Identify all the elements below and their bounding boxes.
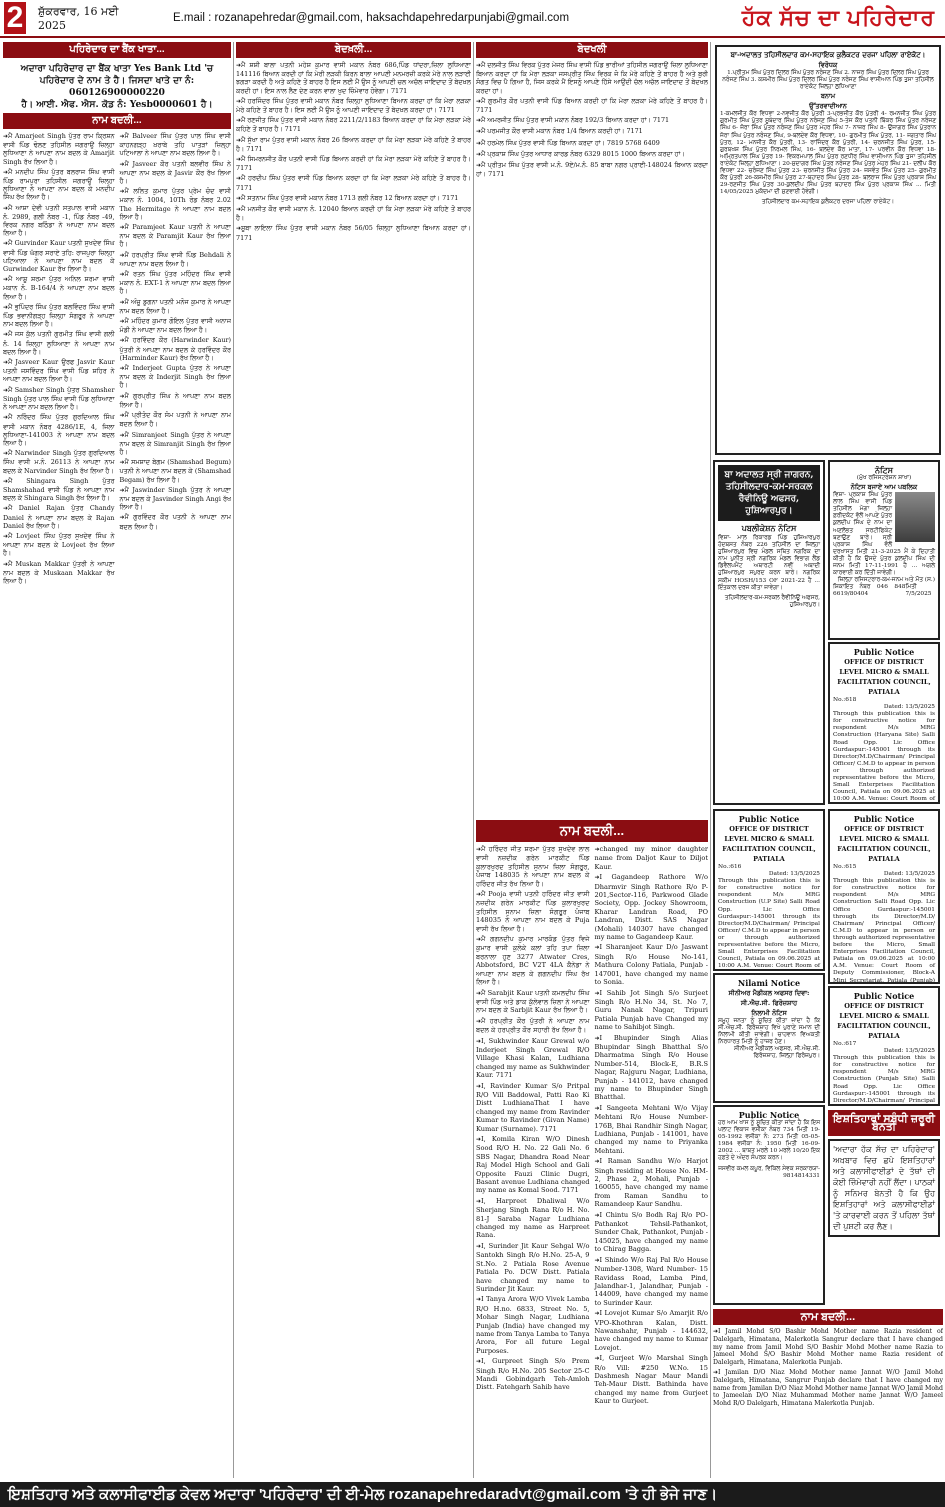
list-item: ਮੈਂ ਪ੍ਰੀਤਮ ਸਿੰਘ ਪੁੱਤਰ ਵਾਸੀ ਮ.ਨੰ. 9ਏ/ਮ.ਨੰ… — [476, 161, 708, 178]
photo-notice: ਨੋਟਿਸ (ਮੁੱਖ ਰਜਿਸਟਰੇਸ਼ਨ ਸ਼ਾਖਾ) ਨੋਟਿਸ ਬਜਾਏ… — [828, 460, 940, 640]
list-item: I Sharanjeet Kaur D/o Jaswant Singh R/o … — [595, 943, 709, 986]
list-item: I Tanya Arora W/O Vivek Lamba R/O H.no. … — [476, 1295, 590, 1355]
public-notice-pb-phone: 9814814331 — [718, 1173, 820, 1180]
list-item: ਮੈਂ Samsher Singh ਪੁੱਤਰ Shamsher Singh ਪ… — [3, 386, 115, 412]
photo-notice-date: ਮਿਤੀ 7/5/2025 — [905, 584, 935, 598]
eviction-column: ਬੇਦਖ਼ਲੀ... ਮੈਂ ਸ਼ਸ਼ੀ ਬਾਲਾ ਪਤਨੀ ਮਹੇਸ਼ ਕੁਮ… — [236, 42, 471, 1478]
list-item: ਮੈਂ ਸਮਸ਼ਾਦ ਬੇਗਮ (Shamshad Begum) ਪਤਨੀ ਨੇ… — [120, 458, 232, 484]
list-item: ਮੈਂ ਆਸ਼ਾ ਦੇਵੀ ਪਤਨੀ ਸਤਪਾਲ ਵਾਸੀ ਮਕਾਨ ਨੰ. 2… — [3, 204, 115, 238]
list-item: ਮੈਂ Inderjeet Gupta ਪੁੱਤਰ ਨੇ ਆਪਣਾ ਨਾਮ ਬਦ… — [120, 364, 232, 390]
public-notice-punjabi: Public Notice ਹਰ ਆਮ ਖਾਸ ਨੂੰ ਸੂਚਿਤ ਕੀਤਾ ਜ… — [713, 1105, 825, 1305]
list-item: ਮੈਂ ਰਤਨ ਸਿੰਘ ਪੁੱਤਰ ਮਹਿੰਦਰ ਸਿੰਘ ਵਾਸੀ ਮਕਾਨ… — [120, 270, 232, 296]
list-item: ਮੈਂ Jasveer Kaur ਉਰਫ Jasvir Kaur ਪਤਨੀ ਜਸ… — [3, 358, 115, 384]
list-item: ਮੈਂ ਅੰਜੂ ਡੁਗਨਾ ਪਤਨੀ ਮਨੋਜ ਕੁਮਾਰ ਨੇ ਆਪਣਾ ਨ… — [120, 298, 232, 315]
list-item: ਮੈਂ Amarjeet Singh ਪੁੱਤਰ ਰਾਮ ਕ੍ਰਿਸ਼ਨ ਵਾਸ… — [3, 132, 115, 166]
nilami-sub1: ਸੀਨੀਅਰ ਮੈਡੀਕਲ ਅਫਸਰ ਦਿਵਾ: — [718, 988, 820, 998]
list-item: I Jamilan D/O Niaz Mohd Mother name Jann… — [713, 1369, 943, 1408]
column-divider — [233, 42, 234, 1478]
court-notice-sub: ਵਿਰੋਧਕ — [720, 60, 936, 70]
photo-notice-ref: ਸ਼ਿਕਾਇਤ ਨੰਬਰ 046 848 6619/80404 — [833, 584, 905, 598]
list-item: ਮੈਂ Daniel Rajan ਪੁੱਤਰ Chandy Daniel ਨੇ … — [3, 504, 115, 530]
public-notice-date: Dated: 13/5/2025 — [833, 1048, 935, 1055]
list-item: ਮੈਂ ਦਲਜੀਤ ਸਿੰਘ ਵਿਰਕ ਪੁੱਤਰ ਮੇਜਰ ਸਿੰਘ ਵਾਸੀ… — [476, 61, 708, 95]
public-notice-date: Dated: 13/5/2025 — [833, 704, 935, 711]
list-item: ਮੈਂ ਗੁਰਪ੍ਰੀਤ ਸਿੰਘ ਨੇ ਆਪਣਾ ਨਾਮ ਬਦਲ ਲਿਆ ਹੈ… — [120, 392, 232, 409]
notice-row-2: Public NoticeOFFICE OF DISTRICT LEVEL MI… — [713, 807, 943, 1307]
list-item: I Shindo W/o Raj Pal R/o House Number-13… — [595, 1256, 709, 1307]
list-item: ਮੈਂ Jasveer ਕੌਰ ਪਤਨੀ ਬਲਵੀਰ ਸਿੰਘ ਨੇ ਆਪਣਾ … — [120, 160, 232, 186]
contact-email: E.mail : rozanapehredar@gmail.com, haksa… — [173, 12, 742, 24]
court-notice-versus: ਬਨਾਮ — [720, 91, 936, 101]
list-item: I, Surinder Jit Kaur Sehgal W/o Santokh … — [476, 1242, 590, 1293]
list-item: ਮੈਂ ਸੁੱਖਾ ਰਾਮ ਪੁੱਤਰ ਵਾਸੀ ਮਕਾਨ ਨੰਬਰ 26 ਬਿ… — [236, 136, 471, 153]
left-notice-stack-2: Public NoticeOFFICE OF DISTRICT LEVEL MI… — [713, 807, 825, 1307]
eviction-list: ਮੈਂ ਸ਼ਸ਼ੀ ਬਾਲਾ ਪਤਨੀ ਮਹੇਸ਼ ਕੁਮਾਰ ਵਾਸੀ ਮਕਾ… — [236, 61, 471, 242]
list-item: ਮੈਂ ਅਮਰਜੀਤ ਸਿੰਘ ਪੁੱਤਰ ਵਾਸੀ ਮਕਾਨ ਨੰਬਰ 192… — [476, 116, 708, 125]
issue-date: ਸ਼ੁੱਕਰਵਾਰ, 16 ਮਈ 2025 — [38, 5, 148, 32]
list-item: ਮੈਂ Muskan Makkar ਪੁੱਤਰੀ ਨੇ ਆਪਣਾ ਨਾਮ ਬਦਲ… — [3, 560, 115, 586]
list-item: ਮੈਂ ਹਰਜਿੰਦਰ ਸਿੰਘ ਪੁੱਤਰ ਵਾਸੀ ਮਕਾਨ ਨੰਬਰ ਜ਼… — [236, 97, 471, 114]
list-item: ਮੈਂ Gurvinder Kaur ਪਤਨੀ ਸੁਖਦੇਵ ਸਿੰਘ ਵਾਸੀ… — [3, 239, 115, 273]
name-change-right-title: ਨਾਮ ਬਦਲੀ... — [713, 1309, 943, 1325]
list-item: ਮੈਂ Shingara Singh ਪੁੱਤਰ Shamshahad ਵਾਸੀ… — [3, 477, 115, 503]
list-item: ਮੈਂ ਹਰਪ੍ਰੀਤ ਕੌਰ ਪੁੱਤਰੀ ਨੇ ਆਪਣਾ ਨਾਮ ਬਦਲ ਕ… — [476, 1017, 590, 1035]
footer-banner: ਇਸ਼ਤਿਹਾਰ ਅਤੇ ਕਲਾਸੀਫਾਈਡ ਕੇਵਲ ਅਦਾਰਾ 'ਪਹਿਰੇ… — [0, 1482, 945, 1507]
list-item: ਮੈਂ ਆਸ਼ੂ ਸ਼ਰਮਾ ਪੁੱਤਰ ਅਨਿਲ ਸ਼ਰਮਾ ਵਾਸੀ ਮਕਾ… — [3, 275, 115, 301]
list-item: ਮੈਂ ਗਗਨਦੀਪ ਕੁਮਾਰ ਮਾਰਕੰਡ ਪੁੱਤਰ ਵਿਜੇ ਕੁਮਾਰ… — [476, 935, 590, 986]
bank-line-1: ਅਦਾਰਾ ਪਹਿਰੇਦਾਰ ਦਾ ਬੈਂਕ ਖਾਤਾ Yes Bank Ltd… — [7, 63, 227, 99]
bank-line-2: ਹੈ। ਆਈ. ਐਫ. ਐਸ. ਕੋਡ ਨੰ: Yesb0000601 ਹੈ। — [7, 99, 227, 111]
nilami-heading: Nilami Notice — [718, 978, 820, 988]
list-item: ਮੈਂ Sarabjit Kaur ਪਤਨੀ ਕਮਲਦੀਪ ਸਿੰਘ ਵਾਸੀ … — [476, 989, 590, 1015]
list-item: I Jamil Mohd S/O Bashir Mohd Mother name… — [713, 1328, 943, 1367]
nilami-notice: Nilami Notice ਸੀਨੀਅਰ ਮੈਡੀਕਲ ਅਫਸਰ ਦਿਵਾ: ਸ… — [713, 973, 825, 1103]
list-item: ਮੈਂ Jaswinder Singh ਪੁੱਤਰ ਨੇ ਆਪਣਾ ਨਾਮ ਬਦ… — [120, 486, 232, 512]
public-notice-office: OFFICE OF DISTRICT LEVEL MICRO & SMALL F… — [833, 1001, 935, 1041]
list-item: ਸੂਬਾ ਲਾਇਲਾ ਸਿੰਘ ਪੁੱਤਰ ਵਾਸੀ ਮਕਾਨ ਨੰਬਰ 56/… — [236, 224, 471, 241]
photo-notice-footer: ਸ਼ਿਕਾਇਤ ਨੰਬਰ 046 848 6619/80404 ਮਿਤੀ 7/5… — [833, 584, 935, 598]
right-notice-stack-2: Public NoticeOFFICE OF DISTRICT LEVEL MI… — [828, 807, 940, 1307]
disclaimer-title: ਇਸ਼ਤਿਹਾਰਾਂ ਸਬੰਧੀ ਜ਼ਰੂਰੀ ਬੇਨਤੀ — [828, 1110, 940, 1136]
hoshiarpur-notice-body: ਵਿਸ਼ਾ- ਮਾਲ ਰਿਕਾਰਡ ਪਿੰਡ ਹੁਸ਼ਿਆਰਪੁਰ ਹੱਦਬਸਤ… — [718, 535, 820, 592]
eviction-right-list: ਮੈਂ ਦਲਜੀਤ ਸਿੰਘ ਵਿਰਕ ਪੁੱਤਰ ਮੇਜਰ ਸਿੰਘ ਵਾਸੀ… — [476, 61, 708, 816]
hoshiarpur-notice-signature: ਤਹਿਸੀਲਦਾਰ-ਕਮ-ਸਰਕਲ ਰੈਵੀਨਿਊ ਅਫਸਰ, ਹੁਸ਼ਿਆਰਪ… — [718, 595, 820, 609]
public-notice-heading: Public Notice — [718, 814, 820, 824]
masthead-logo: ਹੱਕ ਸੱਚ ਦਾ ਪਹਿਰੇਦਾਰ — [742, 5, 935, 31]
list-item: ਮੈਂ ਗੁਰਮੀਤ ਕੌਰ ਪਤਨੀ ਵਾਸੀ ਪਿੰਡ ਬਿਆਨ ਕਰਦੀ … — [476, 97, 708, 114]
list-item: changed my minor daughter name from Dalj… — [595, 845, 709, 871]
list-item: I, Komila Kiran W/O Dinesh Sood R/O H. N… — [476, 1135, 590, 1195]
list-item: ਮੈਂ Lovjeet ਸਿੰਘ ਪੁੱਤਰ ਸੁਖਦੇਵ ਸਿੰਘ ਨੇ ਆਪ… — [3, 532, 115, 558]
bank-section-title: ਪਹਿਰੇਦਾਰ ਦਾ ਬੈਂਕ ਖਾਤਾ... — [3, 42, 231, 58]
list-item: I, Gurjeet W/o Marshal Singh R/o Vill: #… — [595, 1354, 709, 1405]
public-notice-number: No.:617 — [833, 1041, 935, 1048]
column-divider — [710, 42, 711, 1478]
list-item: ਮੈਂ ਸ਼ਸ਼ੀ ਬਾਲਾ ਪਤਨੀ ਮਹੇਸ਼ ਕੁਮਾਰ ਵਾਸੀ ਮਕਾ… — [236, 61, 471, 95]
public-notice-body: Through this publication this is for con… — [718, 878, 820, 971]
list-item: ਮੈਂ Simranjeet Singh ਪੁੱਤਰ ਨੇ ਆਪਣਾ ਨਾਮ ਬ… — [120, 431, 232, 457]
public-notice-number: No.:616 — [718, 864, 820, 871]
name-change-col-a: ਮੈਂ Amarjeet Singh ਪੁੱਤਰ ਰਾਮ ਕ੍ਰਿਸ਼ਨ ਵਾਸ… — [3, 132, 115, 587]
hoshiarpur-notice-header: ਬਾ ਅਦਾਲਤ ਸ੍ਰੀ ਜਾਗਰਨ, ਤਹਿਸੀਲਦਾਰ-ਕਮ-ਸਰਕਲ ਰ… — [718, 465, 820, 521]
list-item: ਮੈਂ ਹਰਮੇਲ ਸਿੰਘ ਪੁੱਤਰ ਵਾਸੀ ਪਿੰਡ ਬਿਆਨ ਕਰਦਾ… — [476, 139, 708, 148]
list-item: I Raman Sandhu W/o Harjot Singh residing… — [595, 1157, 709, 1208]
public-notice-heading: Public Notice — [833, 647, 935, 657]
list-item: I, Gurpreet Singh S/o Prem Singh R/o H.N… — [476, 1357, 590, 1392]
list-item: ਮੈਂ ਜਸ ਕੁੱਲ ਪਤਨੀ ਗੁਰਮੀਤ ਸਿੰਘ ਵਾਸੀ ਗਲੀ ਨੰ… — [3, 330, 115, 356]
name-change-col-b: ਮੈਂ Balveer ਸਿੰਘ ਪੁੱਤਰ ਪਾਲ ਸਿੰਘ ਵਾਸੀ ਕਾਹ… — [120, 132, 232, 587]
public-notice-body: Through this publication this is for con… — [833, 711, 935, 804]
nilami-sub2: ਸੀ.ਐਚ.ਸੀ. ਫਿਰੋਜ਼ਸ਼ਾਹ — [718, 998, 820, 1008]
public-notice-date: Dated: 13/5/2025 — [718, 871, 820, 878]
public-notice-office: OFFICE OF DISTRICT LEVEL MICRO & SMALL F… — [833, 657, 935, 697]
name-change-mid-list: ਮੈਂ ਹਰਿੰਦਰ ਜੀਤ ਸ਼ਰਮਾ ਪੁੱਤਰ ਸੁਖਦੇਵ ਲਾਲ ਵਾ… — [476, 845, 708, 1408]
court-notice-respondents: ਉੱਤਰਵਾਦੀਆਨ — [720, 101, 936, 111]
list-item: ਮੈਂ ਨਰਿੰਦਰ ਸਿੰਘ ਪੁੱਤਰ ਗੁਰਦਿਆਲ ਸਿੰਘ ਵਾਸੀ … — [3, 413, 115, 447]
public-notice-616: Public NoticeOFFICE OF DISTRICT LEVEL MI… — [713, 809, 825, 971]
photo-notice-sub2: ਨੋਟਿਸ ਬਜਾਏ ਆਮ ਪਬਲਿਕ — [833, 482, 935, 492]
list-item: ਮੈਂ ਲਲਿਤ ਕੁਮਾਰ ਪੁੱਤਰ ਪ੍ਰੇਮ ਚੰਦ ਵਾਸੀ ਮਕਾਨ… — [120, 187, 232, 221]
list-item: ਮੈਂ ਭੁਪਿੰਦਰ ਸਿੰਘ ਪੁੱਤਰ ਬਲਵਿੰਦਰ ਸਿੰਘ ਵਾਸੀ… — [3, 303, 115, 329]
list-item: ਮੈਂ ਮਨਜੀਤ ਕੌਰ ਵਾਸੀ ਮਕਾਨ ਨੰ. 12040 ਬਿਆਨ ਕ… — [236, 205, 471, 222]
court-notice-heading: ਬਾ-ਅਦਾਲਤ ਤਹਿਸੀਲਦਾਰ ਕਮ-ਸਹਾਇਕ ਕੁਲੈਕਟਰ ਦਰਜਾ… — [720, 50, 936, 60]
court-notice-parties: 1.ਪ੍ਰੀਤਮ ਸਿੰਘ ਪੁੱਤਰ ਦਿਲਰ ਸਿੰਘ ਪੁੱਤਰ ਨਰੰਜ… — [720, 70, 936, 91]
public-notice-heading: Public Notice — [833, 991, 935, 1001]
eviction-right-title: ਬੇਦਖਲੀ — [476, 42, 708, 58]
list-item: ਮੈਂ ਹਰਦੀਪ ਸਿੰਘ ਪੁੱਤਰ ਵਾਸੀ ਪਿੰਡ ਬਿਆਨ ਕਰਦਾ… — [236, 174, 471, 191]
name-change-right-list: I Jamil Mohd S/O Bashir Mohd Mother name… — [713, 1328, 943, 1408]
list-item: I, Sukhwinder Kaur Grewal w/o Inderjeet … — [476, 1037, 590, 1080]
bank-account-info: ਅਦਾਰਾ ਪਹਿਰੇਦਾਰ ਦਾ ਬੈਂਕ ਖਾਤਾ Yes Bank Ltd… — [3, 61, 231, 113]
column-divider — [473, 42, 474, 1478]
public-notice-618: Public NoticeOFFICE OF DISTRICT LEVEL MI… — [828, 642, 940, 804]
list-item: ਮੈਂ Balveer ਸਿੰਘ ਪੁੱਤਰ ਪਾਲ ਸਿੰਘ ਵਾਸੀ ਕਾਹ… — [120, 132, 232, 158]
nilami-sub3: ਨਿਲਾਮੀ ਨੋਟਿਸ — [718, 1008, 820, 1018]
public-notice-body: Through this publication this is for con… — [833, 1055, 935, 1106]
name-change-mid-title: ਨਾਮ ਬਦਲੀ... — [476, 820, 708, 842]
list-item: I Chintu S/o Bodh Raj R/o PO-Pathankot T… — [595, 1211, 709, 1254]
hoshiarpur-notice: ਬਾ ਅਦਾਲਤ ਸ੍ਰੀ ਜਾਗਰਨ, ਤਹਿਸੀਲਦਾਰ-ਕਮ-ਸਰਕਲ ਰ… — [713, 460, 825, 805]
public-notice-number: No.:615 — [833, 864, 935, 871]
left-column: ਪਹਿਰੇਦਾਰ ਦਾ ਬੈਂਕ ਖਾਤਾ... ਅਦਾਰਾ ਪਹਿਰੇਦਾਰ … — [3, 42, 231, 1478]
hoshiarpur-notice-title: ਪਬਲੀਕੇਸ਼ਨ ਨੋਟਿਸ — [718, 523, 820, 533]
disclaimer-body: 'ਅਦਾਰਾ ਹੱਕ ਸੱਚ ਦਾ ਪਹਿਰੇਦਾਰ' ਅਖ਼ਬਾਰ ਵਿਚ ਛ… — [828, 1139, 940, 1237]
page-number: 2 — [4, 2, 26, 34]
public-notice-office: OFFICE OF DISTRICT LEVEL MICRO & SMALL F… — [718, 824, 820, 864]
list-item: ਮੈਂ Paramjeet Kaur ਪਤਨੀ ਨੇ ਆਪਣਾ ਨਾਮ ਬਦਲ … — [120, 223, 232, 249]
list-item: ਮੈਂ ਸਤਨਾਮ ਸਿੰਘ ਪੁੱਤਰ ਵਾਸੀ ਮਕਾਨ ਨੰਬਰ 1713… — [236, 194, 471, 203]
list-item: ਮੈਂ Pooja ਵਾਸੀ ਪਤਨੀ ਹਰਿੰਦਰ ਜੀਤ ਵਾਸੀ ਨਜ਼ਦ… — [476, 890, 590, 933]
list-item: I Sangeeta Mehtani W/o Vijay Mehtani R/o… — [595, 1104, 709, 1155]
court-notice: ਬਾ-ਅਦਾਲਤ ਤਹਿਸੀਲਦਾਰ ਕਮ-ਸਹਾਇਕ ਕੁਲੈਕਟਰ ਦਰਜਾ… — [715, 45, 941, 455]
eviction-title: ਬੇਦਖ਼ਲੀ... — [236, 42, 471, 58]
public-notice-number: No.:618 — [833, 697, 935, 704]
list-item: I, Ravinder Kumar S/o Pritpal R/O Vill B… — [476, 1082, 590, 1133]
public-notice-pb-signature: ਜਸਵੀਰ ਕਮਲ ਕਪੂਰ, ਵਿਕਿਲ ਸੇਵਕ ਸਰਕਾਰਯਾ- — [718, 1166, 820, 1173]
name-change-mid-col-a: ਮੈਂ ਹਰਿੰਦਰ ਜੀਤ ਸ਼ਰਮਾ ਪੁੱਤਰ ਸੁਖਦੇਵ ਲਾਲ ਵਾ… — [476, 845, 590, 1408]
list-item: ਮੈਂ ਮਹਿੰਦਰ ਕੁਮਾਰ ਗੋਇਲ ਪੁੱਤਰ ਵਾਸੀ ਅਨਾਜ ਮੰ… — [120, 317, 232, 334]
list-item: I, Harpreet Dhaliwal W/o Sherjang Singh … — [476, 1197, 590, 1240]
public-notice-pb-body: ਹਰ ਆਮ ਖਾਸ ਨੂੰ ਸੂਚਿਤ ਕੀਤਾ ਜਾਂਦਾ ਹੈ ਕਿ ਇਸ … — [718, 1120, 820, 1163]
name-change-mid-col-b: changed my minor daughter name from Dalj… — [595, 845, 709, 1408]
list-item: I Gagandeep Rathore W/o Dharmvir Singh R… — [595, 873, 709, 941]
list-item: ਮੈਂ ਹਰਪ੍ਰੀਤ ਸਿੰਘ ਵਾਸੀ ਪਿੰਡ Behdali ਨੇ ਆਪ… — [120, 251, 232, 268]
list-item: I Bhupinder Singh Alias Bhupindar Singh … — [595, 1034, 709, 1102]
list-item: ਮੈਂ ਪ੍ਰਕਾਸ਼ ਸਿੰਘ ਪੁੱਤਰ ਆਧਾਰ ਕਾਰਡ ਨੰਬਰ 63… — [476, 150, 708, 159]
center-right-column: ਬੇਦਖਲੀ ਮੈਂ ਦਲਜੀਤ ਸਿੰਘ ਵਿਰਕ ਪੁੱਤਰ ਮੇਜਰ ਸਿ… — [476, 42, 708, 1478]
public-notice-pb-heading: Public Notice — [718, 1110, 820, 1120]
list-item: ਮੈਂ ਹਰਿੰਦਰ ਜੀਤ ਸ਼ਰਮਾ ਪੁੱਤਰ ਸੁਖਦੇਵ ਲਾਲ ਵਾ… — [476, 845, 590, 888]
public-notice-date: Dated: 13/5/2025 — [833, 871, 935, 878]
notice-row: ਬਾ ਅਦਾਲਤ ਸ੍ਰੀ ਜਾਗਰਨ, ਤਹਿਸੀਲਦਾਰ-ਕਮ-ਸਰਕਲ ਰ… — [713, 458, 943, 807]
nilami-signature: ਸੀਨੀਅਰ ਮੈਡੀਕਲ ਅਫਸਰ, ਸੀ.ਐਚ.ਸੀ. ਫਿਰੋਜ਼ਸ਼ਾਹ… — [718, 1046, 820, 1060]
nilami-body: ਸਮੂਹ ਜਨਤਾ ਨੂੰ ਸੂਚਿਤ ਕੀਤਾ ਜਾਂਦਾ ਹੈ ਕਿ ਸੀ.… — [718, 1018, 820, 1046]
list-item: ਮੈਂ ਰਣਜੀਤ ਸਿੰਘ ਪੁੱਤਰ ਵਾਸੀ ਮਕਾਨ ਨੰਬਰ 2211… — [236, 116, 471, 133]
list-item: I Sahib Jot Singh S/o Surjeet Singh R/o … — [595, 989, 709, 1032]
page-header: 2 ਸ਼ੁੱਕਰਵਾਰ, 16 ਮਈ 2025 E.mail : rozanap… — [0, 0, 945, 38]
list-item: ਮੈਂ ਪ੍ਰੀਤੰਦ ਕੌਰ ਸੰਮ ਪਤਨੀ ਨੇ ਆਪਣਾ ਨਾਮ ਬਦਲ… — [120, 411, 232, 428]
notices-column: ਬਾ-ਅਦਾਲਤ ਤਹਿਸੀਲਦਾਰ ਕਮ-ਸਹਾਇਕ ਕੁਲੈਕਟਰ ਦਰਜਾ… — [713, 42, 943, 1478]
list-item: I Lovejot Kumar S/o Amarjit R/o VPO-Khot… — [595, 1309, 709, 1352]
public-notice-617: Public NoticeOFFICE OF DISTRICT LEVEL MI… — [828, 986, 940, 1106]
public-notice-heading: Public Notice — [833, 814, 935, 824]
name-change-title: ਨਾਮ ਬਦਲੀ... — [3, 113, 231, 129]
public-notice-office: OFFICE OF DISTRICT LEVEL MICRO & SMALL F… — [833, 824, 935, 864]
photo-notice-sub1: (ਮੁੱਖ ਰਜਿਸਟਰੇਸ਼ਨ ਸ਼ਾਖਾ) — [833, 475, 935, 482]
court-notice-body: 1-ਕਮਲਜੀਤ ਕੌਰ ਵਿਧਵਾ 2-ਨਵਜੀਤ ਕੌਰ ਪੁੱਤਰੀ 3-… — [720, 111, 936, 196]
right-notice-stack: ਨੋਟਿਸ (ਮੁੱਖ ਰਜਿਸਟਰੇਸ਼ਨ ਸ਼ਾਖਾ) ਨੋਟਿਸ ਬਜਾਏ… — [828, 458, 940, 807]
list-item: ਮੈਂ Narwinder Singh ਪੁੱਤਰ ਗੁਰਦਿਆਲ ਸਿੰਘ ਵ… — [3, 449, 115, 475]
list-item: ਮੈਂ ਹਰਵਿੰਦਰ ਕੌਰ (Harwinder Kaur) ਪੁੱਤਰੀ … — [120, 336, 232, 362]
public-notice-615: Public NoticeOFFICE OF DISTRICT LEVEL MI… — [828, 809, 940, 984]
list-item: ਮੈਂ ਮਨਦੀਪ ਸਿੰਘ ਪੁੱਤਰ ਬਲਰਾਜ ਸਿੰਘ ਵਾਸੀ ਪਿੰ… — [3, 168, 115, 202]
name-change-list: ਮੈਂ Amarjeet Singh ਪੁੱਤਰ ਰਾਮ ਕ੍ਰਿਸ਼ਨ ਵਾਸ… — [3, 132, 231, 587]
public-notice-body: Through this publication this is for con… — [833, 878, 935, 984]
photo-notice-title: ਨੋਟਿਸ — [833, 465, 935, 475]
list-item: ਮੈਂ ਪਰਮਜੀਤ ਕੌਰ ਵਾਸੀ ਮਕਾਨ ਨੰਬਰ 1/4 ਬਿਆਨ ਕ… — [476, 127, 708, 136]
list-item: ਮੈਂ ਸਿਮਰਨਜੀਤ ਕੌਰ ਪਤਨੀ ਵਾਸੀ ਪਿੰਡ ਬਿਆਨ ਕਰਦ… — [236, 155, 471, 172]
list-item: ਮੈਂ ਗੁਰਵਿੰਦਰ ਕੌਰ ਪਤਨੀ ਨੇ ਆਪਣਾ ਨਾਮ ਬਦਲ ਲਿ… — [120, 513, 232, 530]
person-photo — [895, 492, 935, 542]
court-notice-signature: ਤਹਿਸੀਲਦਾਰ ਕਮ-ਸਹਾਇਕ ਕੁਲੈਕਟਰ ਦਰਜਾ ਪਹਿਲਾ ਰਾ… — [720, 199, 936, 206]
